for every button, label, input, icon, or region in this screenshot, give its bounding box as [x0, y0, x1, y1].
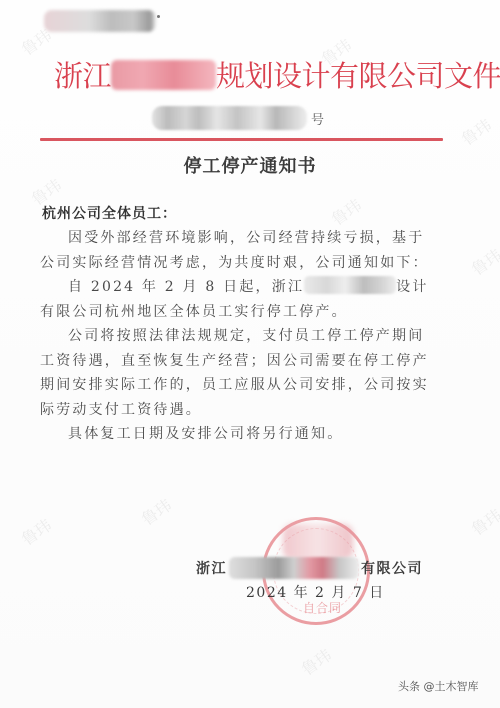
watermark: 鲁玮 — [326, 193, 365, 230]
effective-date-text: 自 2024 年 2 月 8 日起，浙江 — [68, 279, 304, 295]
watermark: 鲁玮 — [16, 513, 55, 550]
salutation: 杭州公司全体员工： — [42, 203, 177, 223]
document-number: 号 — [152, 105, 324, 131]
redacted-company-name — [229, 557, 359, 579]
paragraph-wages: 公司将按照法律法规规定，支付员工停工停产期间工资待遇，直至恢复生产经营；因公司需… — [40, 324, 440, 422]
letterhead-divider — [40, 138, 443, 141]
paragraph-reason: 因受外部经营环境影响，公司经营持续亏损，基于公司实际经营情况考虑，为共度时艰，公… — [40, 226, 440, 275]
redacted-company-name — [111, 60, 216, 90]
notice-body: 因受外部经营环境影响，公司经营持续亏损，基于公司实际经营情况考虑，为共度时艰，公… — [40, 226, 440, 447]
redacted-header-mark — [44, 10, 156, 32]
redacted-company-name — [304, 276, 396, 294]
letterhead-title: 浙江规划设计有限公司文件 — [54, 58, 446, 94]
paragraph-effective-date: 自 2024 年 2 月 8 日起，浙江设计有限公司杭州地区全体员工实行停工停产… — [40, 275, 440, 324]
watermark: 鲁玮 — [456, 113, 495, 150]
source-credit: 头条 @土木智库 — [398, 678, 479, 694]
signature-date: 2024 年 2 月 7 日 — [246, 582, 385, 602]
letterhead-prefix: 浙江 — [54, 59, 111, 93]
document-page: 鲁玮 鲁玮 鲁玮 鲁玮 鲁玮 鲁玮 鲁玮 鲁玮 鲁玮 鲁玮 浙江规划设计有限公司… — [0, 0, 500, 708]
watermark: 鲁玮 — [466, 503, 500, 540]
letterhead-suffix: 规划设计有限公司文件 — [216, 59, 500, 93]
watermark: 鲁玮 — [136, 493, 175, 530]
redacted-document-number — [152, 106, 307, 130]
signature-suffix: 有限公司 — [361, 558, 423, 578]
watermark: 鲁玮 — [296, 643, 335, 680]
redacted-seal-text — [283, 524, 353, 560]
signature-company: 浙江 有限公司 — [196, 557, 423, 579]
paragraph-resume: 具体复工日期及安排公司将另行通知。 — [40, 422, 440, 447]
document-number-suffix: 号 — [311, 109, 324, 128]
notice-title: 停工停产通知书 — [0, 152, 500, 178]
signature-prefix: 浙江 — [196, 558, 227, 578]
header-dot — [157, 15, 160, 18]
watermark: 鲁玮 — [466, 243, 500, 280]
